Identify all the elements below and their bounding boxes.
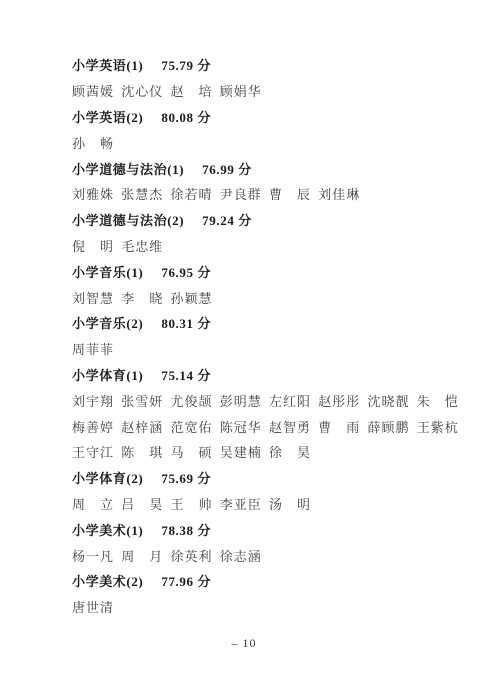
subject-score-heading: 小学体育(2) 75.69 分: [72, 465, 448, 491]
teacher-names-line: 杨一凡 周 月 徐英利 徐志涵: [72, 542, 448, 568]
subject-title: 小学美术(1): [72, 520, 143, 539]
subject-section: 小学道德与法治(1) 76.99 分 刘雅姝 张慧杰 徐若晴 尹良群 曹 辰 刘…: [72, 155, 448, 207]
subject-score-heading: 小学道德与法治(1) 76.99 分: [72, 155, 448, 181]
subject-section: 小学美术(1) 78.38 分 杨一凡 周 月 徐英利 徐志涵: [72, 516, 448, 568]
teacher-names-line: 倪 明 毛忠维: [72, 233, 448, 259]
teacher-names-line: 周菲菲: [72, 336, 448, 362]
subject-average-score: 75.14 分: [161, 365, 211, 384]
teacher-names-line: 孙 畅: [72, 129, 448, 155]
subject-section: 小学音乐(1) 76.95 分 刘智慧 李 晓 孙颖慧: [72, 258, 448, 310]
score-sections-list: 小学英语(1) 75.79 分 顾茜媛 沈心仪 赵 培 顾娟华 小学英语(2) …: [72, 52, 448, 620]
subject-score-heading: 小学美术(2) 77.96 分: [72, 568, 448, 594]
subject-title: 小学音乐(1): [72, 262, 143, 281]
subject-section: 小学体育(2) 75.69 分 周 立 吕 昊 王 帅 李亚臣 汤 明: [72, 465, 448, 517]
subject-title: 小学英语(1): [72, 55, 143, 74]
subject-title: 小学英语(2): [72, 107, 143, 126]
subject-title: 小学体育(2): [72, 468, 143, 487]
subject-section: 小学音乐(2) 80.31 分 周菲菲: [72, 310, 448, 362]
subject-average-score: 76.95 分: [161, 262, 211, 281]
teacher-names-line: 刘宇翔 张雪妍 尤俊颉 彭明慧 左红阳 赵彤彤 沈晓靓 朱 恺: [72, 387, 448, 413]
subject-title: 小学美术(2): [72, 571, 143, 590]
teacher-names-line: 刘智慧 李 晓 孙颖慧: [72, 284, 448, 310]
subject-average-score: 79.24 分: [202, 210, 252, 229]
subject-score-heading: 小学美术(1) 78.38 分: [72, 516, 448, 542]
subject-score-heading: 小学体育(1) 75.14 分: [72, 362, 448, 388]
subject-average-score: 75.69 分: [161, 468, 211, 487]
subject-title: 小学体育(1): [72, 365, 143, 384]
subject-score-heading: 小学音乐(2) 80.31 分: [72, 310, 448, 336]
subject-average-score: 80.08 分: [161, 107, 211, 126]
subject-score-heading: 小学英语(1) 75.79 分: [72, 52, 448, 78]
document-page: 小学英语(1) 75.79 分 顾茜媛 沈心仪 赵 培 顾娟华 小学英语(2) …: [0, 0, 488, 690]
subject-section: 小学英语(1) 75.79 分 顾茜媛 沈心仪 赵 培 顾娟华: [72, 52, 448, 104]
subject-average-score: 80.31 分: [161, 313, 211, 332]
page-number: – 10: [0, 636, 488, 651]
subject-score-heading: 小学英语(2) 80.08 分: [72, 104, 448, 130]
subject-section: 小学美术(2) 77.96 分 唐世清: [72, 568, 448, 620]
subject-score-heading: 小学道德与法治(2) 79.24 分: [72, 207, 448, 233]
teacher-names-line: 王守江 陈 琪 马 硕 吴建楠 徐 昊: [72, 439, 448, 465]
subject-average-score: 75.79 分: [161, 55, 211, 74]
subject-title: 小学道德与法治(1): [72, 159, 184, 178]
teacher-names-line: 刘雅姝 张慧杰 徐若晴 尹良群 曹 辰 刘佳琳: [72, 181, 448, 207]
teacher-names-line: 唐世清: [72, 594, 448, 620]
subject-section: 小学体育(1) 75.14 分 刘宇翔 张雪妍 尤俊颉 彭明慧 左红阳 赵彤彤 …: [72, 362, 448, 465]
teacher-names-line: 顾茜媛 沈心仪 赵 培 顾娟华: [72, 78, 448, 104]
subject-average-score: 76.99 分: [202, 159, 252, 178]
subject-average-score: 77.96 分: [161, 571, 211, 590]
teacher-names-line: 周 立 吕 昊 王 帅 李亚臣 汤 明: [72, 491, 448, 517]
subject-title: 小学道德与法治(2): [72, 210, 184, 229]
teacher-names-line: 梅善婷 赵梓涵 范宽佑 陈冠华 赵智勇 曹 雨 薛顾鹏 王紫杭: [72, 413, 448, 439]
subject-section: 小学道德与法治(2) 79.24 分 倪 明 毛忠维: [72, 207, 448, 259]
subject-average-score: 78.38 分: [161, 520, 211, 539]
subject-section: 小学英语(2) 80.08 分 孙 畅: [72, 104, 448, 156]
subject-title: 小学音乐(2): [72, 313, 143, 332]
subject-score-heading: 小学音乐(1) 76.95 分: [72, 258, 448, 284]
